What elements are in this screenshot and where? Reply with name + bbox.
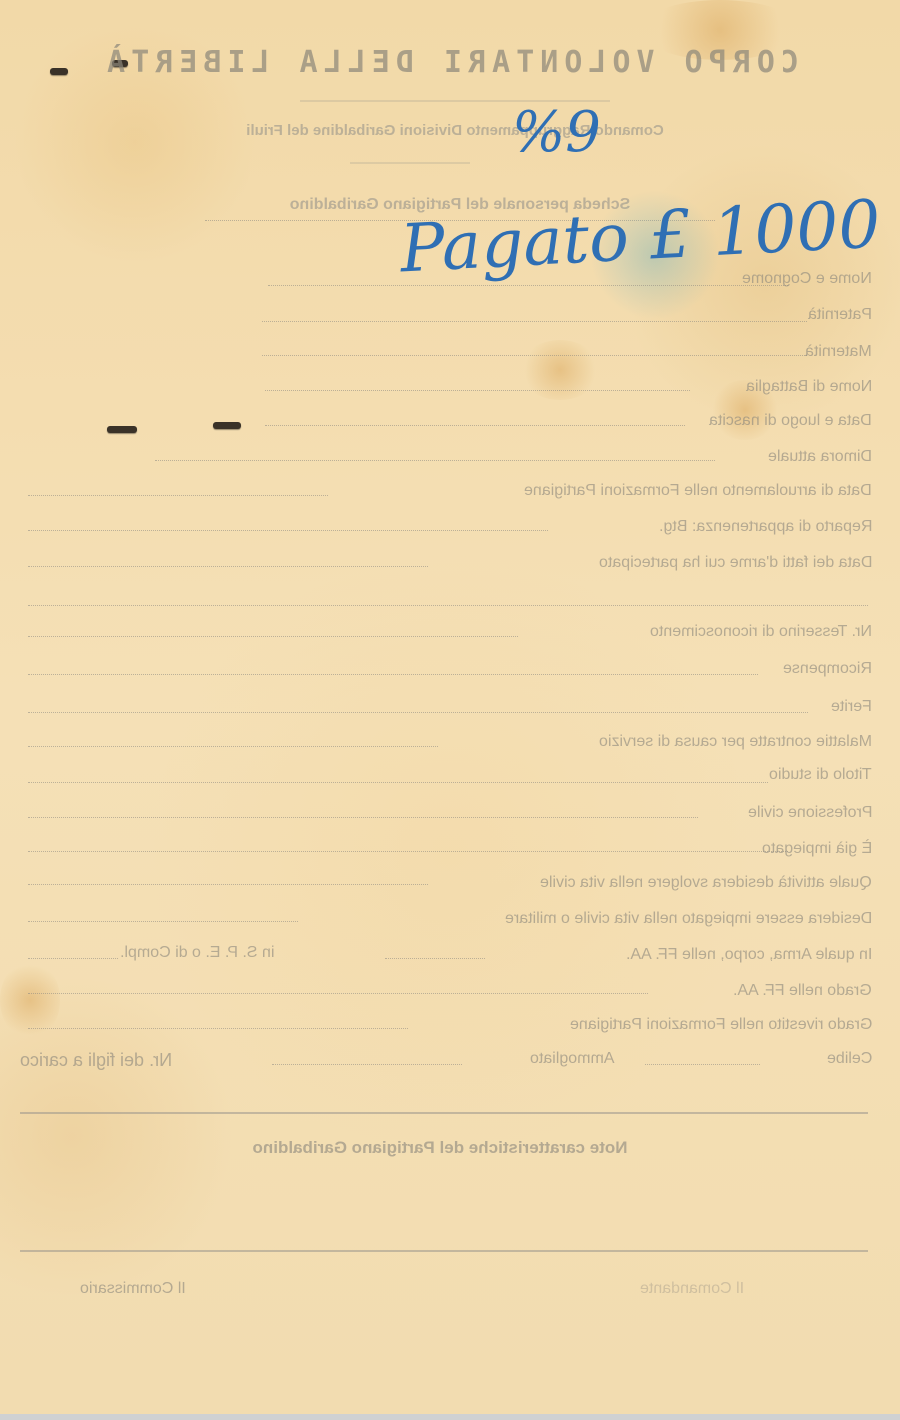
field-line	[645, 1064, 760, 1065]
field-label-attivita: Quale attività desidera svolgere nella v…	[540, 874, 872, 892]
field-label-grado-ffaa: Grado nelle FF. AA.	[733, 982, 872, 1000]
field-line	[28, 782, 768, 783]
field-label-reparto: Reparto di appartenenza: Btg.	[659, 518, 872, 536]
field-label-celibe: Celibe	[827, 1050, 872, 1068]
notes-divider	[20, 1250, 868, 1252]
field-label-dimora: Dimora attuale	[768, 448, 872, 466]
section-divider	[20, 1112, 868, 1114]
field-line	[28, 817, 698, 818]
field-label-civile-militare: Desidera essere impiegato nella vita civ…	[505, 910, 872, 928]
field-line	[265, 390, 690, 391]
signature-commissario: Il Commissario	[80, 1280, 186, 1298]
field-label-paternita: Paternità	[808, 306, 872, 324]
document-page: CORPO VOLONTARI DELLA LIBERTÀ Comando Ra…	[0, 0, 900, 1420]
field-label-titolo-studio: Titolo di studio	[769, 766, 872, 784]
field-label-arma: In quale Arma, corpo, nelle FF. AA.	[626, 946, 872, 964]
field-label-malattie: Malattie contratte per causa di servizio	[599, 733, 872, 751]
form-subtitle: Comando Raggruppamento Divisioni Garibal…	[110, 122, 800, 139]
field-line	[28, 1028, 408, 1029]
field-line	[28, 993, 648, 994]
field-label-professione: Professione civile	[748, 804, 873, 822]
subtitle-rule	[350, 162, 470, 164]
field-label-nome-battaglia: Nome di Battaglia	[746, 378, 872, 396]
field-line	[28, 851, 788, 852]
form-title: CORPO VOLONTARI DELLA LIBERTÀ	[40, 45, 860, 80]
notes-heading: Note caratteristiche del Partigiano Gari…	[175, 1138, 705, 1158]
field-line	[28, 712, 808, 713]
staple-mark	[213, 422, 241, 429]
field-line	[265, 425, 685, 426]
staple-mark	[107, 426, 137, 433]
field-line	[268, 285, 788, 286]
field-label-ricompense: Ricompense	[783, 660, 872, 678]
field-line	[28, 884, 428, 885]
field-line	[28, 566, 428, 567]
field-label-ammogliato: Ammogliato	[530, 1050, 614, 1068]
field-line	[155, 460, 715, 461]
field-line	[28, 958, 118, 959]
field-line	[262, 355, 807, 356]
paper-stain	[520, 340, 600, 400]
field-line	[28, 530, 548, 531]
field-line	[28, 674, 758, 675]
field-label-grado-partigiano: Grado rivestito nelle Formazioni Partigi…	[570, 1016, 872, 1034]
field-label-impiegato: È già impiegato	[762, 840, 872, 858]
field-line	[385, 958, 485, 959]
field-label-figli: Nr. dei figli a carico	[20, 1050, 172, 1071]
field-label-spe: in S. P. E. o di Compl.	[120, 944, 274, 962]
field-line	[272, 1064, 462, 1065]
field-label-ferite: Ferite	[831, 698, 872, 716]
field-label-nascita: Data e luogo di nascita	[709, 412, 872, 430]
field-line	[262, 321, 807, 322]
signature-comandante: Il Comandante	[640, 1280, 744, 1298]
field-line	[28, 921, 298, 922]
field-line	[28, 605, 868, 606]
field-line	[28, 495, 328, 496]
field-line	[28, 636, 518, 637]
handwritten-reference: %9	[512, 100, 601, 165]
field-label-fatti-arme: Data dei fatti d'arme cui ha partecipato	[599, 554, 872, 572]
field-line	[28, 746, 438, 747]
field-label-arruolamento: Data di arruolamento nelle Formazioni Pa…	[524, 482, 872, 500]
scan-edge	[0, 1414, 900, 1420]
field-label-tesserino: Nr. Tesserino di riconoscimento	[650, 623, 872, 641]
field-label-maternita: Maternità	[805, 343, 872, 361]
